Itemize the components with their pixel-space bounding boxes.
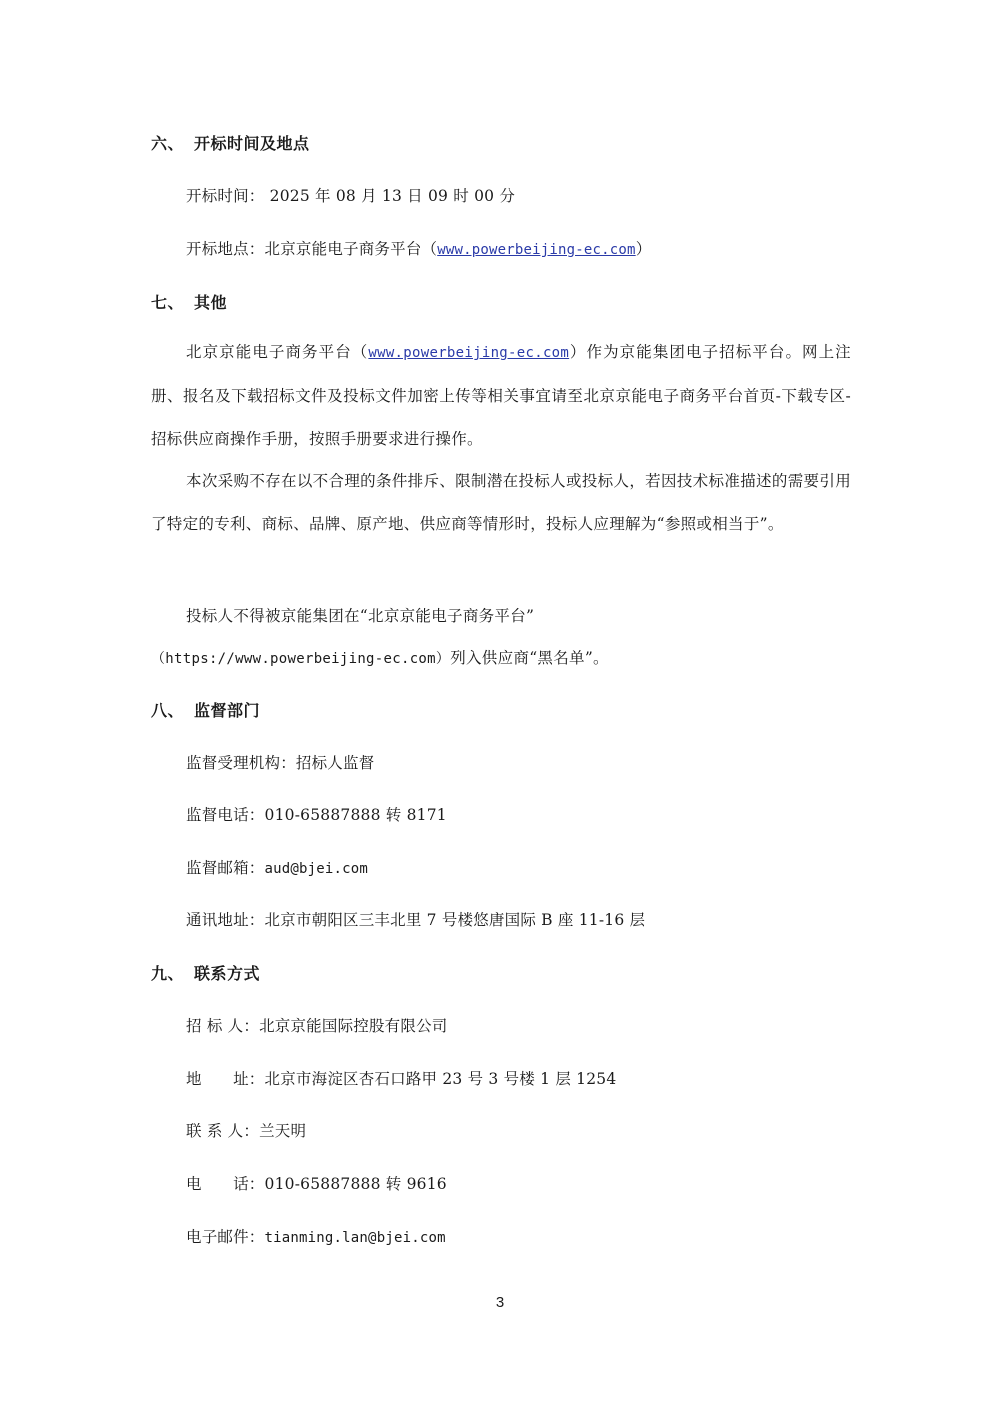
paragraph-blacklist-line2: （https://www.powerbeijing-ec.com）列入供应商“黑… bbox=[151, 646, 609, 668]
section-title: 联系方式 bbox=[194, 964, 260, 983]
supervision-email: 监督邮箱：aud@bjei.com bbox=[186, 856, 368, 878]
section-title: 开标时间及地点 bbox=[194, 134, 310, 153]
section-number: 八、 bbox=[151, 701, 184, 720]
field-label: 电 话： bbox=[186, 1175, 265, 1193]
paragraph-platform: 北京京能电子商务平台（www.powerbeijing-ec.com）作为京能集… bbox=[151, 331, 851, 461]
paragraph-text: 投标人不得被京能集团在“北京京能电子商务平台” bbox=[186, 607, 534, 625]
section-number: 六、 bbox=[151, 134, 184, 153]
section-6-heading: 六、开标时间及地点 bbox=[151, 131, 310, 154]
field-value: 010-65887888 转 9616 bbox=[265, 1175, 447, 1193]
section-title: 其他 bbox=[194, 293, 227, 312]
field-label: 联 系 人： bbox=[186, 1122, 259, 1140]
field-label: 招 标 人： bbox=[186, 1017, 259, 1035]
platform-url-text: （https://www.powerbeijing-ec.com） bbox=[151, 651, 450, 667]
field-value: 兰天明 bbox=[259, 1122, 306, 1140]
platform-link[interactable]: www.powerbeijing-ec.com bbox=[437, 242, 635, 258]
paragraph-procurement: 本次采购不存在以不合理的条件排斥、限制潜在投标人或投标人，若因技术标准描述的需要… bbox=[151, 460, 851, 546]
field-label: 地 址： bbox=[186, 1070, 265, 1088]
page-number: 3 bbox=[0, 1294, 1000, 1311]
paragraph-text: 列入供应商“黑名单”。 bbox=[450, 649, 609, 667]
contact-tenderer: 招 标 人：北京京能国际控股有限公司 bbox=[186, 1014, 447, 1036]
field-value: tianming.lan@bjei.com bbox=[265, 1230, 446, 1246]
field-label: 开标时间： bbox=[186, 187, 265, 205]
platform-link[interactable]: www.powerbeijing-ec.com bbox=[368, 345, 569, 361]
field-value: 北京京能国际控股有限公司 bbox=[259, 1017, 447, 1035]
field-value: aud@bjei.com bbox=[265, 861, 369, 877]
section-number: 七、 bbox=[151, 293, 184, 312]
field-label: 通讯地址： bbox=[186, 911, 265, 929]
field-value: 010-65887888 转 8171 bbox=[265, 806, 447, 824]
field-value: 北京京能电子商务平台（ bbox=[265, 240, 438, 258]
section-7-heading: 七、其他 bbox=[151, 290, 227, 313]
paragraph-text: 本次采购不存在以不合理的条件排斥、限制潜在投标人或投标人，若因技术标准描述的需要… bbox=[151, 472, 851, 533]
section-number: 九、 bbox=[151, 964, 184, 983]
document-page: 六、开标时间及地点 开标时间： 2025 年 08 月 13 日 09 时 00… bbox=[0, 0, 1000, 1414]
supervision-phone: 监督电话：010-65887888 转 8171 bbox=[186, 803, 447, 825]
field-label: 监督电话： bbox=[186, 806, 265, 824]
field-label: 电子邮件： bbox=[186, 1228, 265, 1246]
bid-opening-place: 开标地点：北京京能电子商务平台（www.powerbeijing-ec.com） bbox=[186, 237, 651, 259]
field-value: 北京市朝阳区三丰北里 7 号楼悠唐国际 B 座 11-16 层 bbox=[265, 911, 646, 929]
close-paren: ） bbox=[636, 240, 652, 258]
contact-phone: 电 话：010-65887888 转 9616 bbox=[186, 1172, 447, 1194]
field-label: 监督邮箱： bbox=[186, 859, 265, 877]
section-title: 监督部门 bbox=[194, 701, 260, 720]
supervision-agency: 监督受理机构：招标人监督 bbox=[186, 751, 374, 773]
bid-opening-time: 开标时间： 2025 年 08 月 13 日 09 时 00 分 bbox=[186, 184, 515, 206]
contact-address: 地 址：北京市海淀区杏石口路甲 23 号 3 号楼 1 层 1254 bbox=[186, 1067, 616, 1089]
section-9-heading: 九、联系方式 bbox=[151, 961, 260, 984]
field-value: 2025 年 08 月 13 日 09 时 00 分 bbox=[265, 187, 516, 205]
section-8-heading: 八、监督部门 bbox=[151, 698, 260, 721]
paragraph-blacklist-line1: 投标人不得被京能集团在“北京京能电子商务平台” bbox=[186, 604, 534, 626]
contact-email: 电子邮件：tianming.lan@bjei.com bbox=[186, 1225, 446, 1247]
contact-person: 联 系 人：兰天明 bbox=[186, 1119, 306, 1141]
field-label: 监督受理机构： bbox=[186, 754, 296, 772]
field-value: 北京市海淀区杏石口路甲 23 号 3 号楼 1 层 1254 bbox=[265, 1070, 617, 1088]
field-value: 招标人监督 bbox=[296, 754, 375, 772]
paragraph-text: 北京京能电子商务平台（ bbox=[186, 343, 368, 361]
field-label: 开标地点： bbox=[186, 240, 265, 258]
supervision-address: 通讯地址：北京市朝阳区三丰北里 7 号楼悠唐国际 B 座 11-16 层 bbox=[186, 908, 645, 930]
